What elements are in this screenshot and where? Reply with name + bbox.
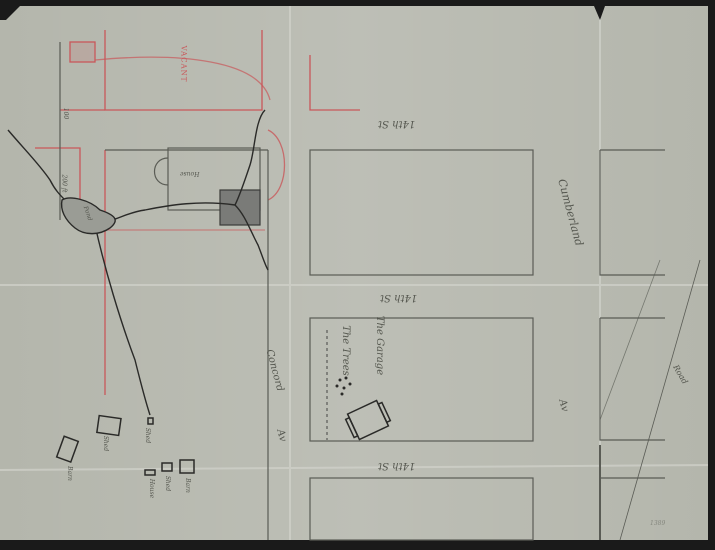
building-label: Shed [164, 476, 171, 491]
building-label: House [148, 479, 155, 498]
building-label: Shed [102, 436, 109, 451]
building-label: Barn [184, 478, 191, 493]
street-label-14th-st-top: 14th St [378, 118, 415, 129]
corner-note: 1389 [650, 520, 665, 527]
feature-label-house: House [180, 170, 199, 177]
feature-label-vacant: VACANT [179, 46, 187, 83]
building-label: Shed [144, 428, 151, 443]
scale-bar-label: 200 ft [61, 175, 68, 193]
street-label-14th-st-mid: 14th St [380, 292, 417, 303]
map-drawing [0, 0, 715, 550]
scale-bar-mid-label: 100 [62, 108, 69, 119]
street-label-14th-st-bottom: 14th St [378, 460, 415, 471]
building-label: Barn [66, 466, 73, 481]
feature-label-trees: The Trees [340, 325, 351, 376]
feature-label-garage: The Garage [374, 316, 385, 375]
